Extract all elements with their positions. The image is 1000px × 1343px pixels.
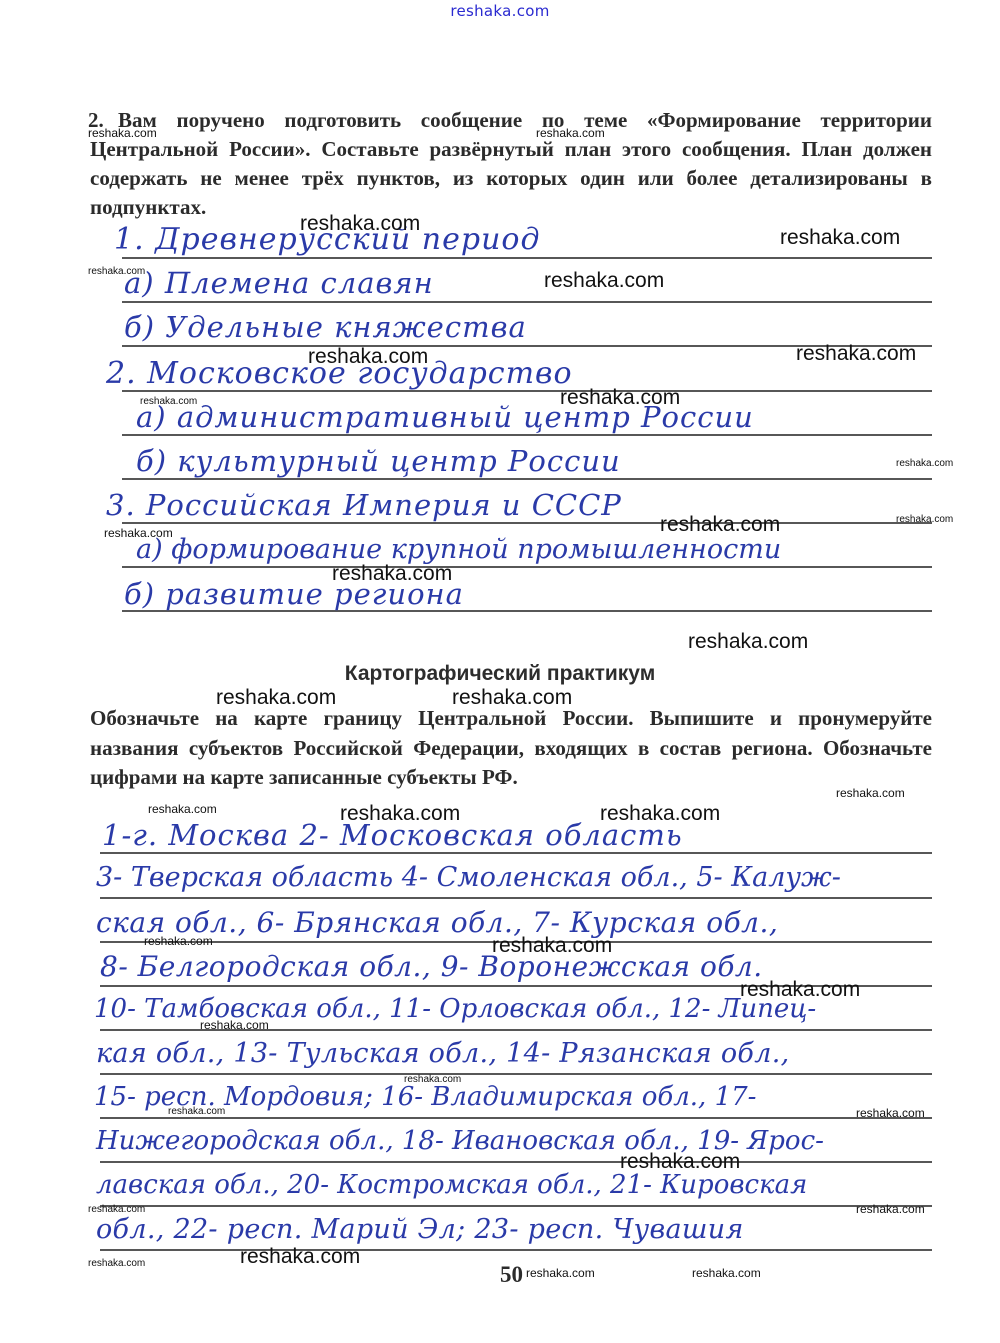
watermark: reshaka.com [544, 269, 664, 293]
watermark: reshaka.com [88, 266, 145, 277]
section-title: Картографический практикум [0, 662, 1000, 686]
subject-line: 3- Тверская область 4- Смоленская обл., … [96, 862, 841, 893]
watermark: reshaka.com [332, 562, 452, 586]
watermark: reshaka.com [200, 1018, 269, 1032]
answer-line [122, 522, 932, 524]
watermark: reshaka.com [660, 513, 780, 537]
answer-line [122, 301, 932, 303]
watermark: reshaka.com [88, 1204, 145, 1215]
watermark: reshaka.com [536, 126, 605, 140]
watermark: reshaka.com [104, 526, 173, 540]
watermark: reshaka.com [88, 1258, 145, 1269]
watermark: reshaka.com [140, 396, 197, 407]
plan-item: 3. Российская Империя и СССР [106, 488, 622, 522]
watermark: reshaka.com [340, 802, 460, 826]
watermark: reshaka.com [560, 386, 680, 410]
top-site-watermark: reshaka.com [0, 2, 1000, 20]
watermark: reshaka.com [620, 1150, 740, 1174]
watermark: reshaka.com [692, 1266, 761, 1280]
watermark: reshaka.com [144, 934, 213, 948]
watermark: reshaka.com [836, 786, 905, 800]
answer-line [122, 434, 932, 436]
watermark: reshaka.com [216, 686, 336, 710]
watermark: reshaka.com [526, 1266, 595, 1280]
watermark: reshaka.com [896, 458, 953, 469]
subject-line: кая обл., 13- Тульская обл., 14- Рязанск… [96, 1038, 789, 1069]
answer-line [100, 1117, 932, 1119]
watermark: reshaka.com [896, 514, 953, 525]
watermark: reshaka.com [452, 686, 572, 710]
subject-line: обл., 22- респ. Марий Эл; 23- респ. Чува… [96, 1214, 744, 1245]
watermark: reshaka.com [168, 1106, 225, 1117]
watermark: reshaka.com [600, 802, 720, 826]
subject-line: лавская обл., 20- Костромская обл., 21- … [96, 1170, 807, 1200]
watermark: reshaka.com [300, 212, 420, 236]
answer-line [100, 897, 932, 899]
answer-line [122, 478, 932, 480]
answer-line [122, 566, 932, 568]
answer-line [100, 1249, 932, 1251]
subject-line: 8- Белгородская обл., 9- Воронежская обл… [100, 950, 763, 983]
answer-line [100, 1161, 932, 1163]
answer-line [100, 1205, 932, 1207]
watermark: reshaka.com [148, 802, 217, 816]
answer-line [100, 1073, 932, 1075]
map-instruction: Обозначьте на карте границу Центральной … [90, 704, 932, 793]
plan-subitem: а) формирование крупной промышленности [136, 534, 781, 565]
plan-subitem: а) Племена славян [124, 266, 434, 300]
page-number: 50 [500, 1262, 523, 1288]
task-2: 2. Вам поручено подготовить сообщение по… [90, 106, 932, 222]
answer-line [100, 852, 932, 854]
plan-subitem: б) Удельные княжества [124, 310, 527, 344]
watermark: reshaka.com [688, 630, 808, 654]
watermark: reshaka.com [796, 342, 916, 366]
watermark: reshaka.com [780, 226, 900, 250]
watermark: reshaka.com [492, 934, 612, 958]
watermark: reshaka.com [856, 1106, 925, 1120]
watermark: reshaka.com [856, 1202, 925, 1216]
answer-line [122, 257, 932, 259]
watermark: reshaka.com [404, 1074, 461, 1085]
plan-subitem: б) культурный центр России [136, 444, 621, 478]
watermark: reshaka.com [88, 126, 157, 140]
task-text: Вам поручено подготовить сообщение по те… [90, 106, 932, 222]
watermark: reshaka.com [740, 978, 860, 1002]
watermark: reshaka.com [308, 345, 428, 369]
watermark: reshaka.com [240, 1245, 360, 1269]
